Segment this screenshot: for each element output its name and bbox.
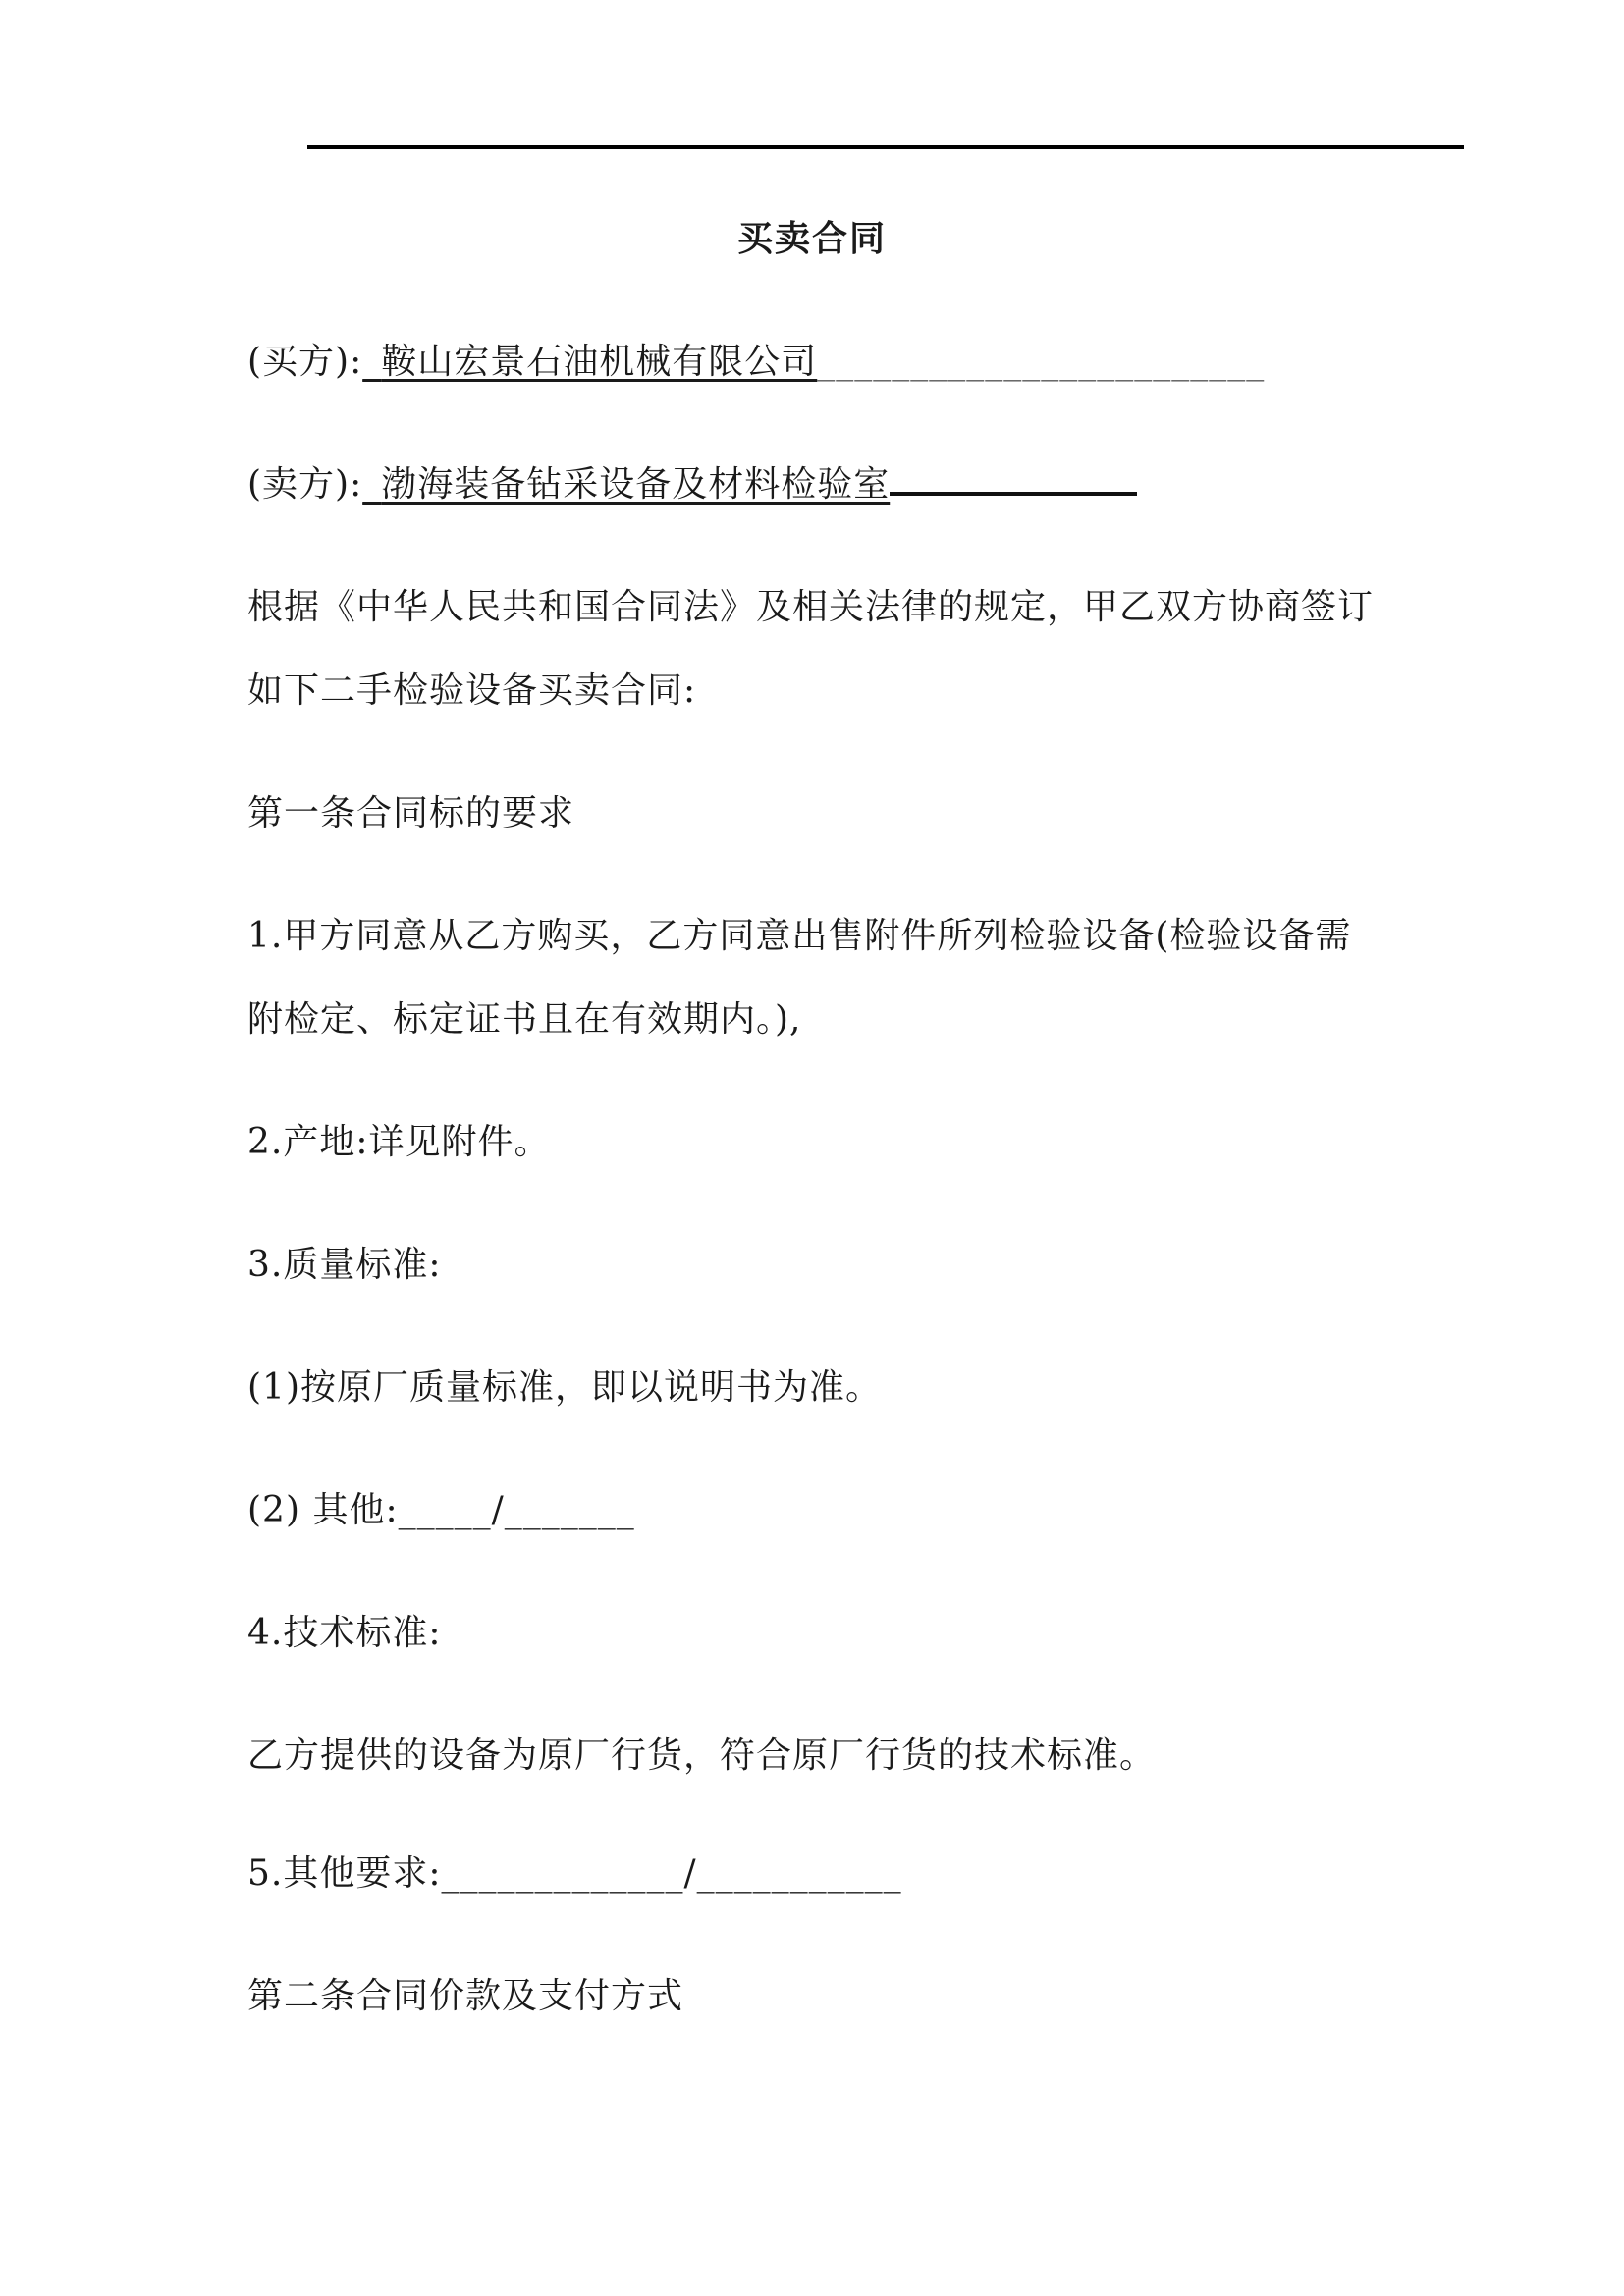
- seller-lead-blank: _: [362, 464, 381, 505]
- buyer-line: (买方):_鞍山宏景石油机械有限公司______________________…: [247, 334, 1265, 384]
- item3-2: (2) 其他:_____/_______: [247, 1482, 635, 1532]
- intro-line-1: 根据《中华人民共和国合同法》及相关法律的规定，甲乙双方协商签订: [247, 579, 1374, 629]
- item4-text: 乙方提供的设备为原厂行货，符合原厂行货的技术标准。: [247, 1728, 1156, 1778]
- seller-name: 渤海装备钻采设备及材料检验室: [381, 464, 890, 505]
- buyer-trailing-blank: ________________________: [817, 342, 1265, 382]
- article1-heading: 第一条合同标的要求: [247, 785, 574, 835]
- buyer-lead-blank: _: [362, 342, 381, 382]
- header-rule: [307, 145, 1464, 149]
- buyer-label: (买方):: [247, 342, 362, 382]
- article2-heading: 第二条合同价款及支付方式: [247, 1968, 683, 2018]
- item1-line-2: 附检定、标定证书且在有效期内。),: [247, 991, 802, 1041]
- buyer-name: 鞍山宏景石油机械有限公司: [381, 342, 817, 382]
- item4: 4.技术标准:: [247, 1605, 441, 1655]
- intro-line-2: 如下二手检验设备买卖合同:: [247, 663, 696, 713]
- seller-line: (卖方):_渤海装备钻采设备及材料检验室: [247, 456, 1137, 507]
- item5: 5.其他要求:_____________/___________: [247, 1845, 902, 1896]
- item2: 2.产地:详见附件。: [247, 1114, 550, 1164]
- item3: 3.质量标准:: [247, 1237, 441, 1287]
- seller-trailing-blank: [890, 491, 1137, 496]
- item3-1: (1)按原厂质量标准，即以说明书为准。: [247, 1360, 882, 1410]
- document-title: 买卖合同: [0, 211, 1624, 261]
- item1-line-1: 1.甲方同意从乙方购买，乙方同意出售附件所列检验设备(检验设备需: [247, 908, 1351, 958]
- seller-label: (卖方):: [247, 464, 362, 505]
